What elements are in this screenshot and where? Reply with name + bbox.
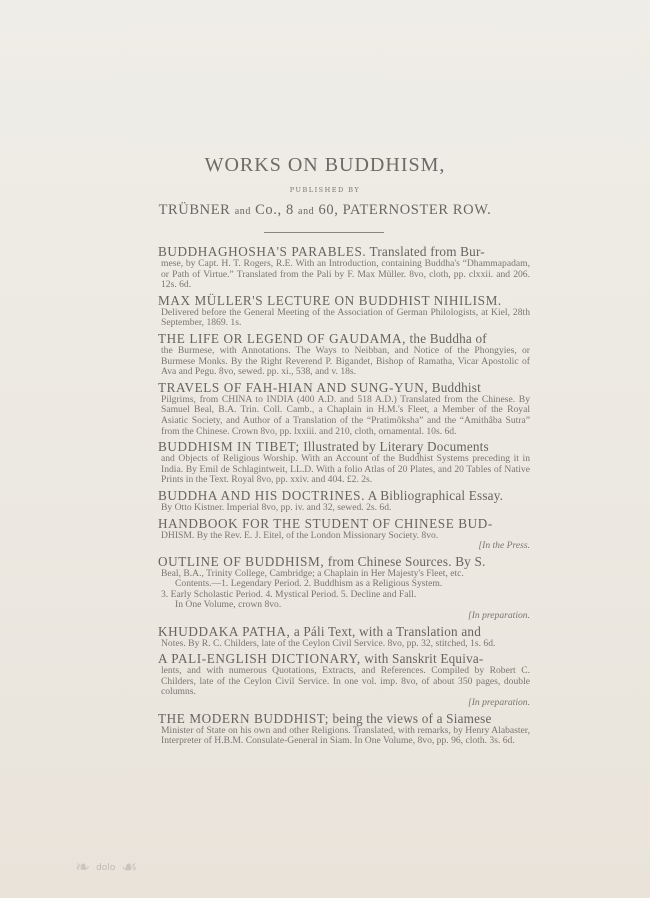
library-watermark: ❧ dolo ☙ [75,858,175,878]
book-title: TRAVELS OF FAH-HIAN AND SUNG-YUN, [158,380,428,395]
book-description: Delivered before the General Meeting of … [158,308,530,329]
published-by-label: PUBLISHED BY [0,186,650,194]
book-title: KHUDDAKA PATHA, [158,624,290,639]
book-entry: HANDBOOK FOR THE STUDENT OF CHINESE BUD-… [158,516,530,552]
publication-status: [In preparation. [158,611,530,622]
book-entry: THE LIFE OR LEGEND OF GAUDAMA, the Buddh… [158,331,530,378]
book-entry: BUDDHA AND HIS DOCTRINES. A Bibliographi… [158,488,530,514]
book-title: BUDDHA AND HIS DOCTRINES. [158,488,365,503]
book-entry: BUDDHISM IN TIBET; Illustrated by Litera… [158,439,530,486]
book-description: DHISM. By the Rev. E. J. Eitel, of the L… [158,531,530,542]
publication-status: [In the Press. [158,541,530,552]
book-description: lents, and with numerous Quotations, Ext… [158,666,530,698]
book-description: mese, by Capt. H. T. Rogers, R.E. With a… [158,259,530,291]
book-title: HANDBOOK FOR THE STUDENT OF CHINESE BUD- [158,516,493,531]
book-entry: TRAVELS OF FAH-HIAN AND SUNG-YUN, Buddhi… [158,380,530,437]
divider-rule [264,232,384,233]
book-description: By Otto Kistner. Imperial 8vo, pp. iv. a… [158,503,530,514]
watermark-text: dolo [96,863,115,873]
book-description: the Burmese, with Annotations. The Ways … [158,346,530,378]
book-description: Notes. By R. C. Childers, late of the Ce… [158,639,530,650]
page-title: WORKS ON BUDDHISM, [0,154,650,177]
publisher-line: TRÜBNER and Co., 8 and 60, PATERNOSTER R… [0,202,650,219]
book-contents: Contents.—1. Legendary Period. 2. Buddhi… [158,579,530,611]
book-title: THE MODERN BUDDHIST; [158,711,329,726]
book-entry: MAX MÜLLER'S LECTURE ON BUDDHIST NIHILIS… [158,293,530,329]
book-entry: THE MODERN BUDDHIST; being the views of … [158,711,530,747]
book-title: OUTLINE OF BUDDHISM, [158,554,324,569]
book-description: Minister of State on his own and other R… [158,726,530,747]
book-entry: OUTLINE OF BUDDHISM, from Chinese Source… [158,554,530,622]
book-title: MAX MÜLLER'S LECTURE ON BUDDHIST NIHILIS… [158,293,502,308]
book-entry: A PALI-ENGLISH DICTIONARY, with Sanskrit… [158,651,530,708]
book-list: BUDDHAGHOSHA'S PARABLES. Translated from… [158,244,530,749]
book-title: BUDDHAGHOSHA'S PARABLES. [158,244,366,259]
book-description: Pilgrims, from CHINA to INDIA (400 A.D. … [158,395,530,437]
book-entry: BUDDHAGHOSHA'S PARABLES. Translated from… [158,244,530,291]
book-title: THE LIFE OR LEGEND OF GAUDAMA, [158,331,406,346]
publication-status: [In preparation. [158,698,530,709]
ornament-icon: ❧ [75,858,90,878]
ornament-icon: ☙ [121,858,137,878]
book-title: A PALI-ENGLISH DICTIONARY, [158,651,361,666]
book-title: BUDDHISM IN TIBET; [158,439,300,454]
book-description: and Objects of Religious Worship. With a… [158,454,530,486]
book-page: WORKS ON BUDDHISM, PUBLISHED BY TRÜBNER … [0,0,650,898]
book-entry: KHUDDAKA PATHA, a Páli Text, with a Tran… [158,624,530,650]
